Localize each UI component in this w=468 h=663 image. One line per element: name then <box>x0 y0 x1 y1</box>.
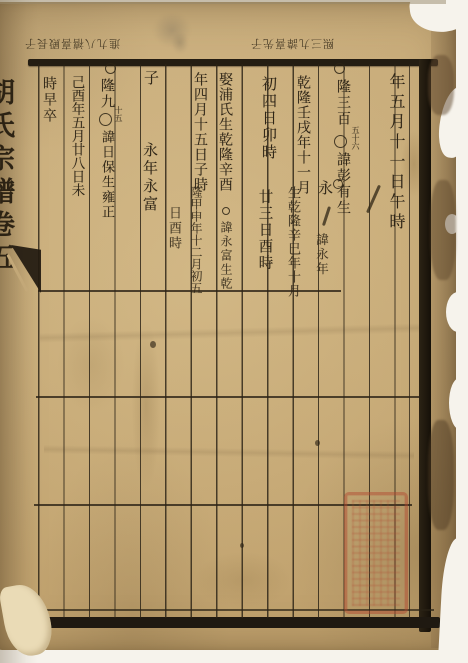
entry3-heading-column: 隆九 <box>100 78 114 110</box>
table-border-bottom <box>40 617 440 628</box>
entry3-death-note-column: 時早卒 <box>42 76 56 124</box>
scanned-genealogy-page: 胡氏宗譜卷五 進九八禧喜殿長子 熙三九諱喜先子 年五月十一日午時 隆三百 五十六… <box>0 0 468 663</box>
entry1-margin-note: 五十六 <box>351 126 359 150</box>
table-border-right <box>419 59 431 632</box>
entry1-heading-column: 隆三百 <box>336 79 350 127</box>
entry2-marriage-column: 娶浦氏生乾隆辛酉 <box>218 72 232 192</box>
birth-date-continuation-column: 年五月十一日午時 <box>388 73 404 233</box>
sons-names-column: 永年永富 <box>142 142 157 214</box>
torn-edge-tear <box>445 214 459 234</box>
entry3-birth-date-column: 己酉年五月廿八日未 <box>69 75 83 197</box>
handwritten-circle-mark <box>222 207 230 215</box>
entry1-child-name: 永 <box>317 180 332 197</box>
entry2-child-birth-column: 隆甲申年十二月初五 <box>190 186 202 294</box>
entry1-spouse-birth-hour-column: 廿三日酉時 <box>257 189 272 272</box>
handwritten-circle-mark <box>334 63 345 74</box>
red-collector-seal <box>344 492 408 614</box>
sons-label: 子 <box>143 70 158 87</box>
entry2-child-note: 諱永富生乾 <box>220 221 232 291</box>
torn-edge-tear <box>446 292 468 332</box>
entry3-margin-note: 十五 <box>114 106 122 122</box>
top-margin-annotation-right: 熙三九諱喜先子 <box>250 36 334 52</box>
top-margin-annotation-left: 進九八禧喜殿長子 <box>24 36 120 52</box>
handwritten-circle-mark <box>99 113 112 126</box>
entry1-birth-hour-column: 初四日卯時 <box>261 76 276 161</box>
handwritten-circle-mark <box>105 63 116 74</box>
handwritten-circle-mark <box>334 135 347 148</box>
table-row-divider <box>36 396 420 398</box>
entry1-child-note: 諱永年 <box>315 233 328 277</box>
entry1-spouse-birth-column: 生乾隆辛巳年十月 <box>286 186 299 298</box>
entry2-birth-hour-column: 年四月十五日子時 <box>193 72 207 192</box>
spine-title: 胡氏宗譜卷五 <box>0 78 12 276</box>
entry3-name-column: 諱日保生雍正 <box>100 130 113 220</box>
handwritten-circle-mark <box>333 179 343 189</box>
entry1-birth-date-column: 乾隆壬戌年十一月 <box>296 75 310 195</box>
page-top-edge <box>0 0 446 4</box>
table-column-rule <box>409 64 410 618</box>
torn-edge-tear <box>449 378 468 430</box>
entry2-child-birth-hour-column: 日酉時 <box>167 206 180 251</box>
